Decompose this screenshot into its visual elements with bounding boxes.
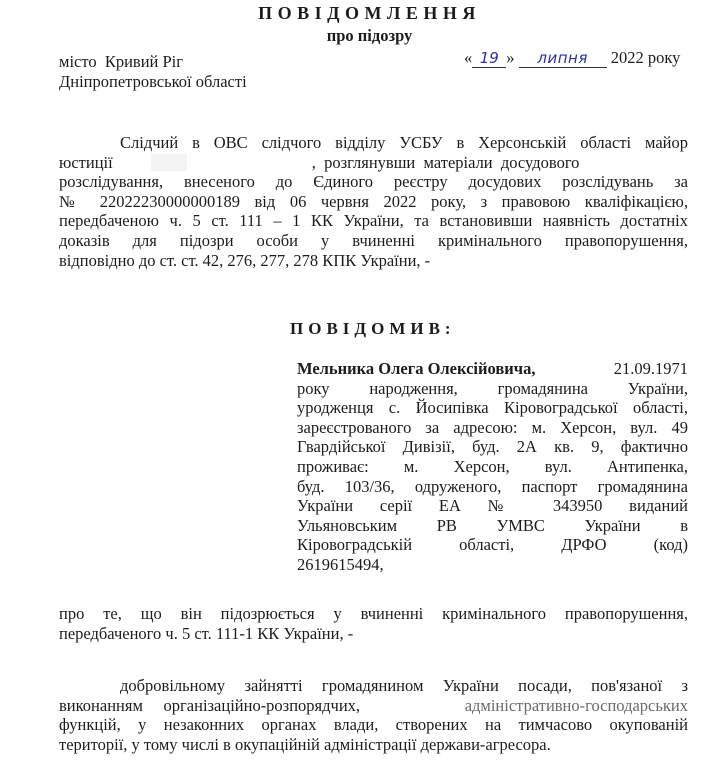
redacted-name-block: [151, 154, 187, 171]
place-region: Дніпропетровської області: [59, 72, 247, 92]
date-close-quote: »: [506, 48, 514, 67]
suspect-line-4: зареєстрованого за адресою: м. Херсон, в…: [297, 418, 688, 438]
suspicion-paragraph: про те, що він підозрюється у вчиненні к…: [59, 604, 688, 643]
place-city: місто Кривий Ріг: [59, 52, 183, 72]
intro-line-7: відповідно до ст. ст. 42, 276, 277, 278 …: [59, 251, 688, 271]
suspect-birthdate: 21.09.1971: [614, 359, 688, 379]
notified-heading: ПОВІДОМИВ:: [290, 319, 456, 339]
intro-line-2: юстиції, розглянувши матеріали досудовог…: [59, 153, 688, 173]
suspect-line-3: уродженця с. Йосипівка Кіровоградської о…: [297, 398, 688, 418]
intro-line-4: № 22022230000000189 від 06 червня 2022 р…: [59, 192, 688, 212]
intro-line-5: передбаченою ч. 5 ст. 111 – 1 КК України…: [59, 211, 688, 231]
charge-paragraph: добровільному зайнятті громадянином Укра…: [59, 676, 688, 754]
intro-line-1: Слідчий в ОВС слідчого відділу УСБУ в Хе…: [59, 133, 688, 153]
charge-line-4: території, у тому числі в окупаційній ад…: [59, 735, 688, 755]
charge-line-2-a: виконанням організаційно-розпорядчих,: [59, 696, 360, 716]
suspect-line-9: Ульяновським РВ УМВС України в: [297, 516, 688, 536]
suspect-details: Мельника Олега Олексійовича, 21.09.1971 …: [297, 359, 688, 575]
suspect-line-10: Кіровоградській області, ДРФО (код): [297, 535, 688, 555]
intro-line-6: доказів для підозри особи у вчиненні кри…: [59, 231, 688, 251]
charge-line-2: виконанням організаційно-розпорядчих, ад…: [59, 696, 688, 716]
suspect-line-6: проживає: м. Херсон, вул. Антипенка,: [297, 457, 688, 477]
suspect-line-1: Мельника Олега Олексійовича, 21.09.1971: [297, 359, 688, 379]
charge-line-3: функцій, у незаконних органах влади, ств…: [59, 715, 688, 735]
document-subtitle: про підозру: [0, 26, 709, 46]
suspicion-line-2: передбаченого ч. 5 ст. 111-1 КК України,…: [59, 624, 688, 644]
intro-line-2-start: юстиції: [59, 153, 113, 172]
suspicion-line-1: про те, що він підозрюється у вчиненні к…: [59, 604, 688, 624]
suspect-name: Мельника Олега Олексійовича,: [297, 359, 535, 379]
charge-line-1: добровільному зайнятті громадянином Укра…: [59, 676, 688, 696]
intro-line-2-end: , розглянувши матеріали досудового: [312, 153, 580, 172]
intro-line-1-text: Слідчий в ОВС слідчого відділу УСБУ в Хе…: [120, 133, 688, 152]
suspect-line-11: 2619615494,: [297, 555, 688, 575]
suspect-line-8: України серії ЕА № 343950 виданий: [297, 496, 688, 516]
suspect-line-2: року народження, громадянина України,: [297, 379, 688, 399]
charge-line-2-b: адміністративно-господарських: [465, 696, 688, 716]
date-year: 2022 року: [611, 48, 681, 67]
document-date: «19» липня 2022 року: [464, 48, 680, 68]
document-title: ПОВІДОМЛЕННЯ: [0, 4, 709, 24]
suspect-line-7: буд. 103/36, одруженого, паспорт громадя…: [297, 477, 688, 497]
suspect-line-5: Гвардійської Дивізії, буд. 2А кв. 9, фак…: [297, 437, 688, 457]
intro-line-3: розслідування, внесеного до Єдиного реєс…: [59, 172, 688, 192]
charge-line-1-text: добровільному зайнятті громадянином Укра…: [120, 676, 688, 695]
date-open-quote: «: [464, 48, 472, 67]
intro-paragraph: Слідчий в ОВС слідчого відділу УСБУ в Хе…: [59, 133, 688, 270]
date-month-handwritten: липня: [519, 49, 607, 68]
date-day-handwritten: 19: [472, 49, 506, 68]
